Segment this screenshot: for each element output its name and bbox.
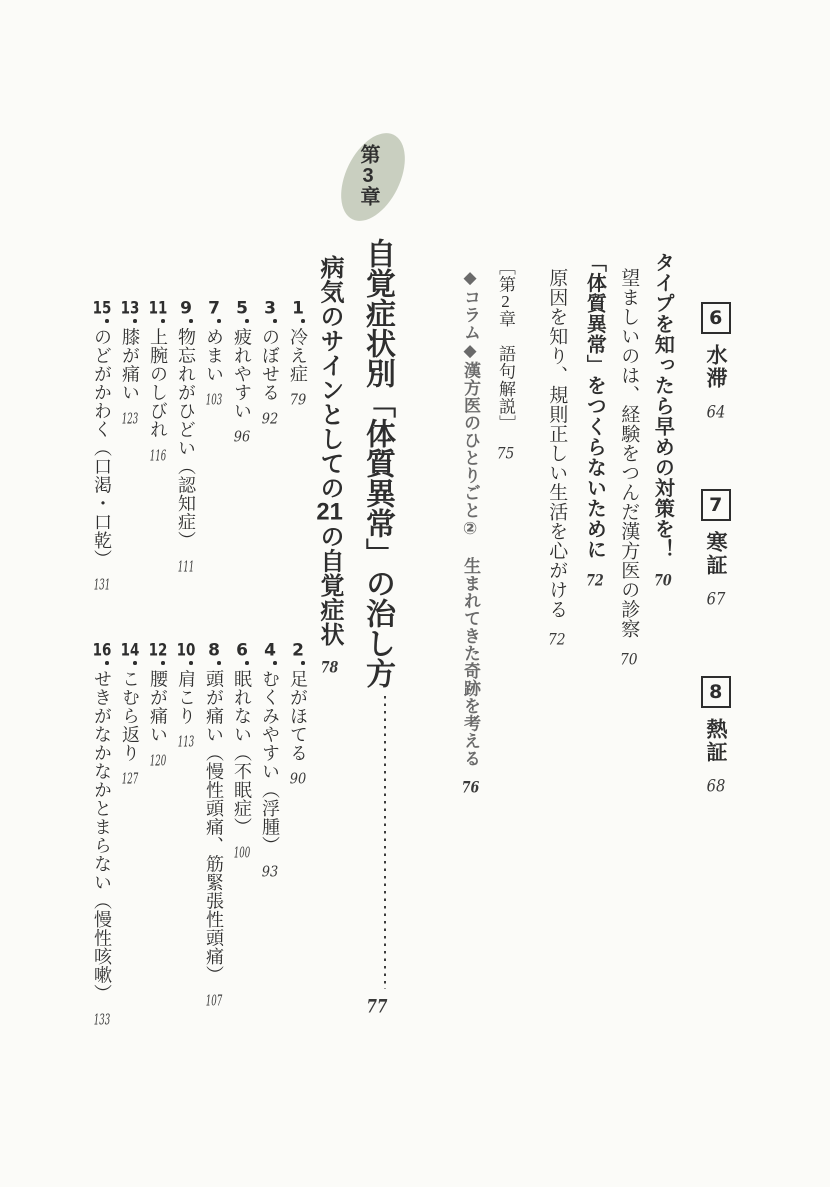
entry-number-dot xyxy=(217,319,221,323)
entry-title: 足がほてる xyxy=(288,670,308,763)
toc-entry: 7めまい103 xyxy=(200,300,228,640)
entry-page: 127 xyxy=(121,771,139,786)
section-subnote: 望ましいのは、経験をつんだ漢方医の診察70 xyxy=(618,268,639,667)
section-heading-text: タイプを知ったら早めの対策を！ xyxy=(651,252,673,560)
glossary-page: 75 xyxy=(496,445,515,461)
entry-number-dot xyxy=(245,661,249,665)
constitution-type-number: 8 xyxy=(701,676,731,708)
entry-page: 92 xyxy=(261,411,279,426)
entry-title: 物忘れがひどい（認知症） xyxy=(176,328,196,550)
entry-title: 冷え症 xyxy=(288,328,308,384)
entry-page: 107 xyxy=(205,993,223,1008)
chapter-subtitle: 病気のサインとしての21の自覚症状 xyxy=(316,255,343,647)
entry-title: 肩こり xyxy=(176,670,196,726)
chapter-title: 自覚症状別「体質異常」の治し方 xyxy=(361,238,394,688)
entry-page: 123 xyxy=(121,411,139,426)
entry-number: 15 xyxy=(92,300,112,317)
entry-number: 16 xyxy=(92,642,112,659)
entry-title: 上腕のしびれ xyxy=(148,328,168,439)
entry-number-dot xyxy=(217,661,221,665)
section-subnote-text: 望ましいのは、経験をつんだ漢方医の診察 xyxy=(618,268,639,639)
section-subnote-page: 72 xyxy=(547,631,566,647)
entry-number: 6 xyxy=(232,642,252,659)
entry-number-dot xyxy=(105,661,109,665)
chapter-title-page: 77 xyxy=(366,997,388,1016)
entry-number-dot xyxy=(161,661,165,665)
toc-entry: 14こむら返り127 xyxy=(116,642,144,1042)
section-heading: タイプを知ったら早めの対策を！70 xyxy=(651,252,673,588)
column-page: 76 xyxy=(461,779,480,795)
constitution-type-page: 67 xyxy=(706,591,726,608)
entry-number: 11 xyxy=(148,300,168,317)
constitution-type-name: 水滞 xyxy=(704,344,728,390)
entry-number: 4 xyxy=(260,642,280,659)
entry-number-dot xyxy=(133,319,137,323)
toc-entry: 11上腕のしびれ116 xyxy=(144,300,172,640)
entry-number-dot xyxy=(161,319,165,323)
constitution-type: 7寒証67 xyxy=(701,489,731,608)
toc-entry: 13膝が痛い123 xyxy=(116,300,144,640)
section-subnote-text: 原因を知り、規則正しい生活を心がける xyxy=(546,268,567,619)
entry-number-dot xyxy=(189,319,193,323)
chapter-badge: 第3章 xyxy=(358,144,378,208)
entry-page: 120 xyxy=(149,753,167,768)
constitution-type-name: 熱証 xyxy=(704,718,728,764)
entry-title: こむら返り xyxy=(120,670,140,763)
toc-entry: 6眠れない（不眠症）100 xyxy=(228,642,256,1042)
entry-number: 10 xyxy=(176,642,196,659)
entry-title: せきがなかなかとまらない（慢性咳嗽） xyxy=(92,670,112,1003)
constitution-type: 8熱証68 xyxy=(701,676,731,795)
entry-number: 7 xyxy=(204,300,224,317)
entry-number-dot xyxy=(245,319,249,323)
entry-title: 頭が痛い（慢性頭痛、筋緊張性頭痛） xyxy=(204,670,224,985)
entry-number: 3 xyxy=(260,300,280,317)
entry-title: のぼせる xyxy=(260,328,280,402)
constitution-type-page: 64 xyxy=(706,404,726,421)
column-title: ◆コラム◆漢方医のひとりごと② 生まれてきた奇跡を考える xyxy=(461,268,480,767)
constitution-type: 6水滞64 xyxy=(701,302,731,421)
entry-page: 100 xyxy=(233,845,251,860)
entry-number-dot xyxy=(189,661,193,665)
entry-number: 5 xyxy=(232,300,252,317)
constitution-type-list: 6水滞647寒証678熱証68 xyxy=(701,302,731,863)
toc-entry: 8頭が痛い（慢性頭痛、筋緊張性頭痛）107 xyxy=(200,642,228,1042)
toc-entry: 5疲れやすい96 xyxy=(228,300,256,640)
dotted-leader xyxy=(384,696,387,989)
entry-title: 眠れない（不眠症） xyxy=(232,670,252,837)
entry-number-dot xyxy=(273,319,277,323)
entry-page: 133 xyxy=(93,1012,111,1027)
entry-page: 93 xyxy=(261,864,279,879)
entry-title: 腰が痛い xyxy=(148,670,168,744)
entry-number-dot xyxy=(133,661,137,665)
section-page: 70 xyxy=(653,572,672,588)
chapter-subtitle-column: 病気のサインとしての21の自覚症状78 xyxy=(317,255,341,675)
entry-title: めまい xyxy=(204,328,224,384)
toc-entry: 9物忘れがひどい（認知症）111 xyxy=(172,300,200,640)
entry-page: 79 xyxy=(289,392,307,407)
glossary-entry: ［第2章 語句解説］75 xyxy=(496,258,515,461)
entry-page: 96 xyxy=(233,429,251,444)
entry-page: 111 xyxy=(177,559,195,574)
entry-page: 131 xyxy=(93,577,111,592)
toc-entry: 16せきがなかなかとまらない（慢性咳嗽）133 xyxy=(88,642,116,1042)
chapter-title-column: 自覚症状別「体質異常」の治し方77 xyxy=(362,238,392,1016)
entry-number-dot xyxy=(273,661,277,665)
constitution-type-number: 7 xyxy=(701,489,731,521)
entry-page: 103 xyxy=(205,392,223,407)
toc-entry: 1冷え症79 xyxy=(284,300,312,640)
entry-title: 疲れやすい xyxy=(232,328,252,421)
constitution-type-name: 寒証 xyxy=(704,531,728,577)
book-page: 6水滞647寒証678熱証68 タイプを知ったら早めの対策を！70 望ましいのは… xyxy=(0,0,830,1187)
toc-entry: 15のどがかわく（口渇・口乾）131 xyxy=(88,300,116,640)
entry-title: 膝が痛い xyxy=(120,328,140,402)
entry-number: 12 xyxy=(148,642,168,659)
symptom-list-odd: 1冷え症79 3のぼせる92 5疲れやすい96 7めまい103 9物忘れがひどい… xyxy=(88,300,312,640)
entry-number: 14 xyxy=(120,642,140,659)
symptom-list-even: 2足がほてる90 4むくみやすい（浮腫）93 6眠れない（不眠症）100 8頭が… xyxy=(88,642,312,1042)
toc-entry: 2足がほてる90 xyxy=(284,642,312,1042)
column-entry: ◆コラム◆漢方医のひとりごと② 生まれてきた奇跡を考える76 xyxy=(461,268,480,795)
section-subnote-page: 70 xyxy=(619,651,638,667)
entry-page: 90 xyxy=(289,771,307,786)
entry-number: 8 xyxy=(204,642,224,659)
chapter-subtitle-page: 78 xyxy=(320,659,339,675)
glossary-label: ［第2章 語句解説］ xyxy=(496,258,515,433)
toc-entry: 3のぼせる92 xyxy=(256,300,284,640)
toc-entry: 4むくみやすい（浮腫）93 xyxy=(256,642,284,1042)
section-heading-text: 「体質異常」をつくらないために xyxy=(583,252,605,560)
section-subnote: 原因を知り、規則正しい生活を心がける72 xyxy=(546,268,567,647)
section-page: 72 xyxy=(585,572,604,588)
section-heading: 「体質異常」をつくらないために72 xyxy=(583,252,605,588)
constitution-type-page: 68 xyxy=(706,778,726,795)
entry-page: 113 xyxy=(177,734,195,749)
entry-page: 116 xyxy=(149,448,167,463)
toc-entry: 10肩こり113 xyxy=(172,642,200,1042)
entry-number-dot xyxy=(301,319,305,323)
entry-number: 1 xyxy=(288,300,308,317)
entry-number: 9 xyxy=(176,300,196,317)
entry-number-dot xyxy=(105,319,109,323)
entry-number: 13 xyxy=(120,300,140,317)
constitution-type-number: 6 xyxy=(701,302,731,334)
entry-title: むくみやすい（浮腫） xyxy=(260,670,280,855)
toc-entry: 12腰が痛い120 xyxy=(144,642,172,1042)
entry-number-dot xyxy=(301,661,305,665)
entry-number: 2 xyxy=(288,642,308,659)
entry-title: のどがかわく（口渇・口乾） xyxy=(92,328,112,569)
